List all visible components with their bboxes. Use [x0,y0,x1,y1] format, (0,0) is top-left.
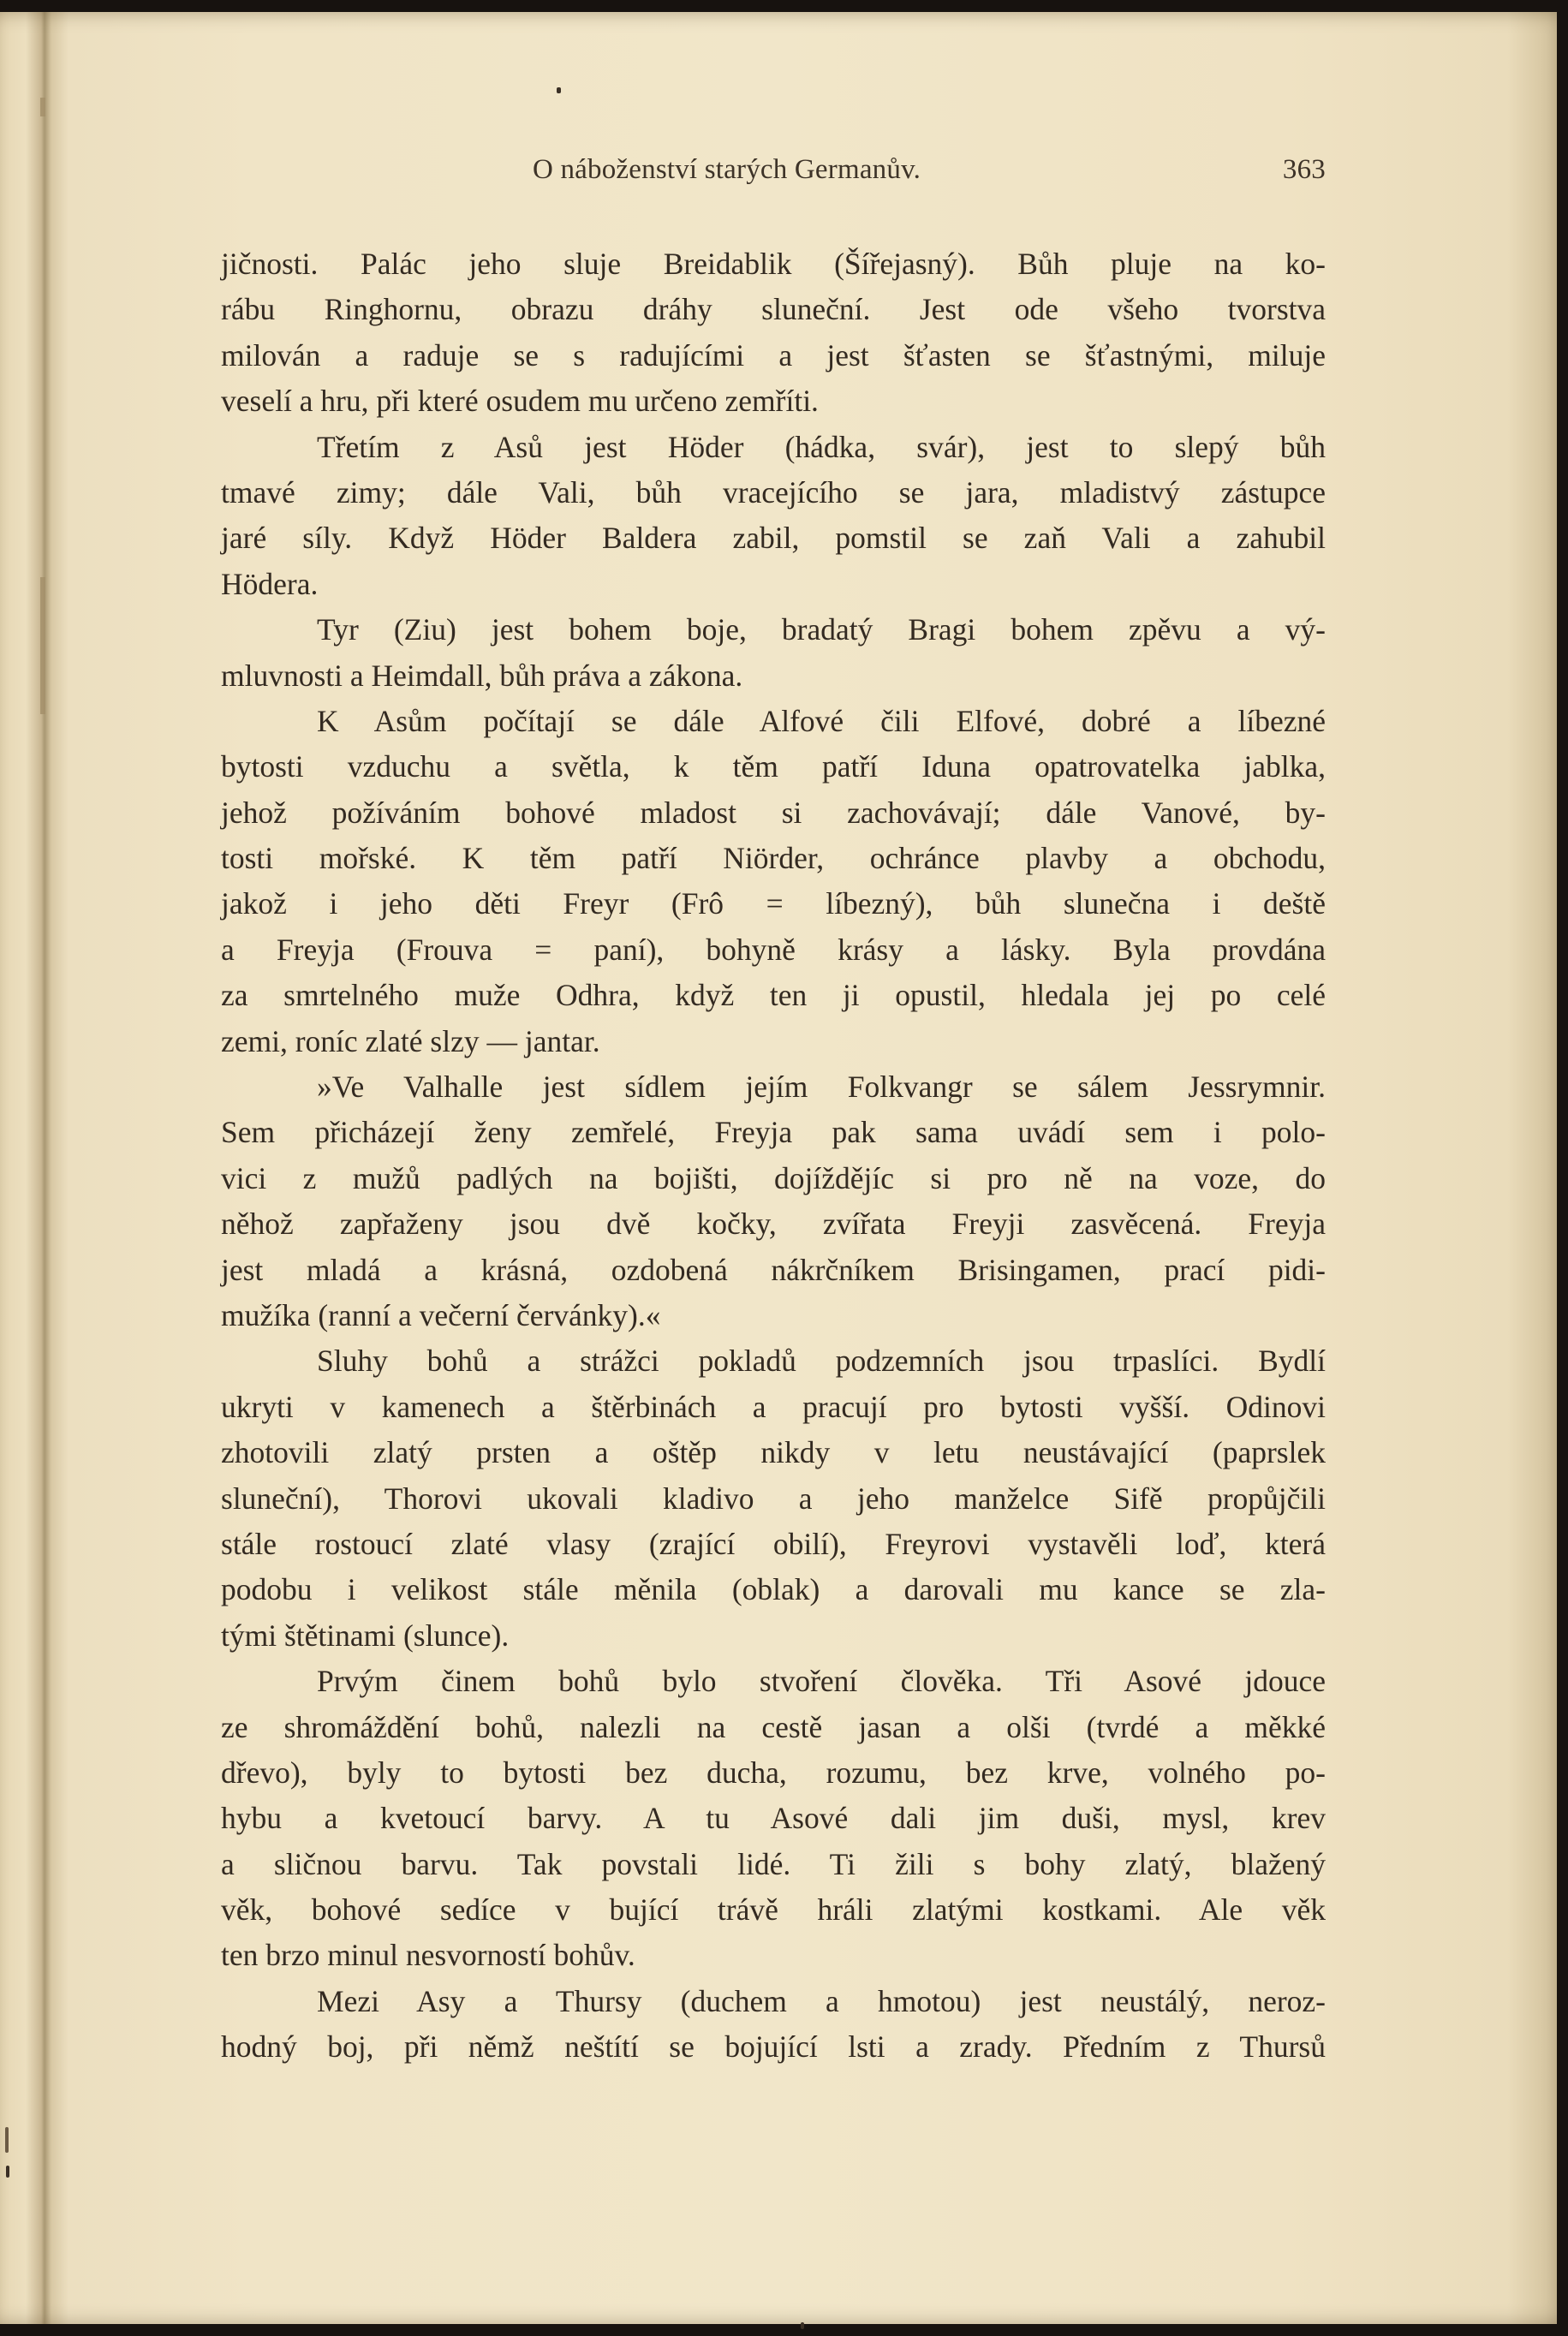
gutter-shadow-mark [40,577,45,714]
edge-mark [6,2166,9,2178]
text-line: jehož požíváním bohové mladost si zachov… [221,790,1326,836]
paragraph: jičnosti. Palác jeho sluje Breidablik (Š… [221,241,1326,425]
paragraph: Sluhy bohů a strážci pokladů podzemních … [221,1338,1326,1659]
text-line: rábu Ringhornu, obrazu dráhy sluneční. J… [221,287,1326,332]
text-line: zemi, roníc zlaté slzy — jantar. [221,1019,1326,1064]
text-line: tými štětinami (slunce). [221,1613,1326,1659]
text-line: za smrtelného muže Odhra, když ten ji op… [221,973,1326,1018]
text-line: vici z mužů padlých na bojišti, dojížděj… [221,1156,1326,1201]
text-line: Sluhy bohů a strážci pokladů podzemních … [221,1338,1326,1384]
text-line: Tyr (Ziu) jest bohem boje, bradatý Bragi… [221,607,1326,653]
text-line: jest mladá a krásná, ozdobená nákrčníkem… [221,1248,1326,1293]
text-line: »Ve Valhalle jest sídlem jejím Folkvangr… [221,1064,1326,1110]
text-line: jaré síly. Když Höder Baldera zabil, pom… [221,515,1326,561]
text-line: zhotovili zlatý prsten a oštěp nikdy v l… [221,1430,1326,1475]
text-line: sluneční), Thorovi ukovali kladivo a jeh… [221,1476,1326,1522]
running-head-title: O náboženství starých Germanův. [533,154,921,186]
running-head: O náboženství starých Germanův. 363 [221,154,1326,192]
paragraph: K Asům počítají se dále Alfové čili Elfo… [221,699,1326,1064]
gutter-shadow-mark [40,98,45,116]
edge-mark [5,2127,9,2153]
paragraph: Třetím z Asů jest Höder (hádka, svár), j… [221,425,1326,608]
print-speck [557,87,561,93]
text-line: podobu i velikost stále měnila (oblak) a… [221,1567,1326,1612]
paragraph: Tyr (Ziu) jest bohem boje, bradatý Bragi… [221,607,1326,699]
text-line: a sličnou barvu. Tak povstali lidé. Ti ž… [221,1842,1326,1887]
text-line: stále rostoucí zlaté vlasy (zrající obil… [221,1522,1326,1567]
text-line: bytosti vzduchu a světla, k těm patří Id… [221,744,1326,790]
text-line: Prvým činem bohů bylo stvoření člověka. … [221,1659,1326,1704]
text-line: dřevo), byly to bytosti bez ducha, rozum… [221,1750,1326,1796]
text-line: Mezi Asy a Thursy (duchem a hmotou) jest… [221,1979,1326,2024]
text-line: K Asům počítají se dále Alfové čili Elfo… [221,699,1326,744]
text-line: jakož i jeho děti Freyr (Frô = líbezný),… [221,881,1326,927]
text-line: veselí a hru, při které osudem mu určeno… [221,378,1326,424]
text-line: hodný boj, při němž neštítí se bojující … [221,2024,1326,2070]
text-line: hybu a kvetoucí barvy. A tu Asové dali j… [221,1796,1326,1841]
text-line: mužíka (ranní a večerní červánky).« [221,1293,1326,1338]
text-line: něhož zapřaženy jsou dvě kočky, zvířata … [221,1201,1326,1247]
text-line: věk, bohové sedíce v bující trávě hráli … [221,1887,1326,1933]
text-line: ze shromáždění bohů, nalezli na cestě ja… [221,1705,1326,1750]
text-line: a Freyja (Frouva = paní), bohyně krásy a… [221,927,1326,973]
text-line: tosti mořské. K těm patří Niörder, ochrá… [221,836,1326,881]
text-line: ukryti v kamenech a štěrbinách a pracují… [221,1385,1326,1430]
body-text: jičnosti. Palác jeho sluje Breidablik (Š… [221,241,1326,2071]
text-line: tmavé zimy; dále Vali, bůh vracejícího s… [221,470,1326,515]
text-line: jičnosti. Palác jeho sluje Breidablik (Š… [221,241,1326,287]
text-line: ten brzo minul nesvorností bohův. [221,1933,1326,1978]
print-speck [801,2322,804,2329]
paragraph: Prvým činem bohů bylo stvoření člověka. … [221,1659,1326,1979]
text-line: mluvnosti a Heimdall, bůh práva a zákona… [221,653,1326,699]
text-line: milován a raduje se s radujícími a jest … [221,333,1326,378]
text-line: Sem přicházejí ženy zemřelé, Freyja pak … [221,1110,1326,1155]
paragraph: Mezi Asy a Thursy (duchem a hmotou) jest… [221,1979,1326,2071]
text-line: Třetím z Asů jest Höder (hádka, svár), j… [221,425,1326,470]
page-number: 363 [1283,154,1326,186]
text-line: Hödera. [221,562,1326,607]
paragraph-quotation: »Ve Valhalle jest sídlem jejím Folkvangr… [221,1064,1326,1338]
